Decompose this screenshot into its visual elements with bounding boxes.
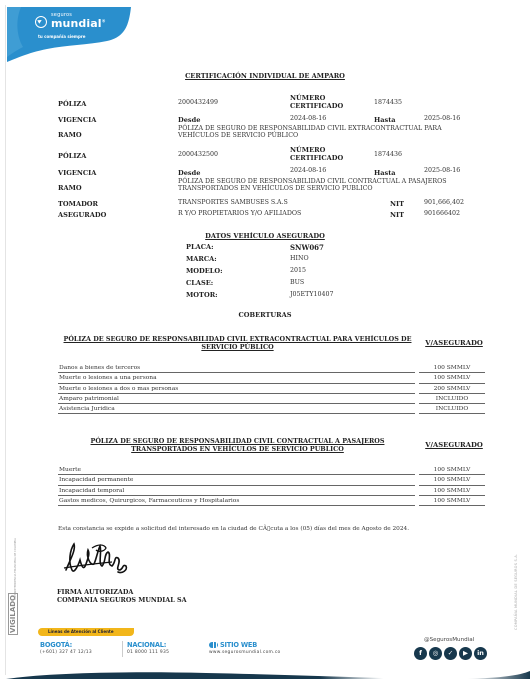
superintendencia-text: SUPERINTENDENCIA FINANCIERA DE COLOMBIA — [14, 530, 17, 600]
row-divider — [58, 474, 415, 475]
social-handle[interactable]: @SegurosMundial — [424, 637, 474, 643]
coverage-row: Incapacidad temporal100 SMMLV — [58, 487, 485, 496]
coverage-amount: 100 SMMLV — [420, 375, 484, 381]
desde-date: 2024-08-16 — [290, 115, 326, 122]
coverage-name: Incapacidad permanente — [59, 477, 133, 483]
coverage-row: Asistencia JuridicaINCLUIDO — [58, 405, 485, 414]
coberturas-title: COBERTURAS — [0, 311, 530, 319]
youtube-icon[interactable]: ▶ — [459, 647, 472, 660]
twitter-icon[interactable]: ✓ — [444, 647, 457, 660]
asegurado-nit-label: NIT — [390, 211, 404, 219]
valor-asegurado-header: V/ASEGURADO — [425, 441, 483, 449]
linkedin-icon[interactable]: in — [474, 647, 487, 660]
contact-bogota: BOGOTÁ: (+601) 327 47 12/13 — [40, 641, 92, 655]
tomador-value: TRANSPORTES SAMBUSES S.A.S — [178, 199, 288, 206]
desde-date: 2024-08-16 — [290, 167, 326, 174]
row-divider — [58, 485, 415, 486]
row-divider — [419, 495, 485, 496]
company-side-text: COMPAÑIA MUNDIAL DE SEGUROS S.A. — [514, 554, 518, 630]
hasta-date: 2025-08-16 — [424, 167, 460, 174]
vehiculo-value: SNW067 — [290, 243, 324, 252]
coverage-row: Muerte o lesiones a dos o mas personas20… — [58, 385, 485, 394]
poliza-number: 2000432500 — [178, 151, 218, 158]
web-url-link[interactable]: www.segurosmundial.com.co — [209, 650, 281, 655]
row-divider — [419, 393, 485, 394]
logo-tagline: tu compañía siempre — [38, 34, 86, 39]
coverage-row: Gastos medicos, Quirurgicos, Farmaceutic… — [58, 497, 485, 506]
vehiculo-value: HINO — [290, 255, 309, 262]
vehiculo-label: CLASE: — [186, 279, 213, 287]
ramo-label: RAMO — [58, 184, 82, 192]
valor-asegurado-header: V/ASEGURADO — [425, 339, 483, 347]
row-divider — [58, 505, 415, 506]
web-label: SITIO WEB — [220, 641, 257, 649]
tomador-nit-label: NIT — [390, 200, 404, 208]
row-divider — [58, 403, 415, 404]
coverage-name: Muerte — [59, 467, 81, 473]
contact-nacional: NACIONAL: 01 8000 111 935 — [127, 641, 169, 655]
coverage-amount: 100 SMMLV — [420, 488, 484, 494]
poliza-label: PÓLIZA — [58, 100, 86, 108]
coverage-row: Danos a bienes de terceros100 SMMLV — [58, 364, 485, 373]
coverage-row: Amparo patrimonialINCLUIDO — [58, 395, 485, 404]
coverage-name: Asistencia Juridica — [59, 406, 115, 412]
coverage-name: Incapacidad temporal — [59, 488, 124, 494]
row-divider — [419, 413, 485, 414]
hasta-label: Hasta — [374, 116, 396, 124]
vehiculo-value: J05ETY10407 — [290, 291, 334, 298]
coverage-amount: 200 SMMLV — [420, 386, 484, 392]
certificado-number: 1874436 — [374, 151, 402, 158]
coverage-name: Amparo patrimonial — [59, 396, 119, 402]
row-divider — [419, 474, 485, 475]
document-title: CERTIFICACIÓN INDIVIDUAL DE AMPARO — [0, 72, 530, 80]
tomador-nit: 901,666,402 — [424, 199, 464, 206]
coverage-amount: INCLUIDO — [420, 396, 484, 402]
certificado-number: 1874435 — [374, 99, 402, 106]
vigencia-label: VIGENCIA — [58, 116, 96, 124]
firma-label: FIRMA AUTORIZADA — [57, 588, 187, 596]
numero-certificado-label: NÚMEROCERTIFICADO — [290, 94, 343, 110]
facebook-icon[interactable]: f — [414, 647, 427, 660]
coverage-group-heading: PÓLIZA DE SEGURO DE RESPONSABILIDAD CIVI… — [60, 437, 415, 453]
row-divider — [419, 372, 485, 373]
signature-image — [62, 540, 134, 582]
social-icons: f ◎ ✓ ▶ in — [414, 647, 487, 660]
coverage-name: Muerte o lesiones a una persona — [59, 375, 157, 381]
coverage-amount: INCLUIDO — [420, 406, 484, 412]
firma-block: FIRMA AUTORIZADA COMPANIA SEGUROS MUNDIA… — [57, 588, 187, 604]
coverage-amount: 100 SMMLV — [420, 477, 484, 483]
bogota-label: BOGOTÁ: — [40, 641, 92, 649]
row-divider — [419, 403, 485, 404]
poliza-label: PÓLIZA — [58, 152, 86, 160]
coverage-amount: 100 SMMLV — [420, 467, 484, 473]
coverage-name: Gastos medicos, Quirurgicos, Farmaceutic… — [59, 498, 239, 504]
vehiculo-label: MOTOR: — [186, 291, 218, 299]
constancia-text: Esta constancia se expide a solicitud de… — [58, 526, 409, 532]
coverage-row: Muerte o lesiones a una persona100 SMMLV — [58, 374, 485, 383]
row-divider — [58, 495, 415, 496]
asegurado-label: ASEGURADO — [58, 211, 106, 219]
coverage-name: Danos a bienes de terceros — [59, 365, 140, 371]
vehiculo-title: DATOS VEHÍCULO ASEGURADO — [0, 232, 530, 240]
row-divider — [419, 505, 485, 506]
hasta-date: 2025-08-16 — [424, 115, 460, 122]
desde-label: Desde — [178, 116, 200, 124]
row-divider — [58, 372, 415, 373]
vehiculo-label: PLACA: — [186, 243, 214, 251]
firma-company: COMPANIA SEGUROS MUNDIAL SA — [57, 596, 187, 604]
coverage-group-heading: PÓLIZA DE SEGURO DE RESPONSABILIDAD CIVI… — [60, 335, 415, 351]
contact-web: SITIO WEB www.segurosmundial.com.co — [209, 641, 281, 655]
coverage-amount: 100 SMMLV — [420, 365, 484, 371]
ramo-label: RAMO — [58, 131, 82, 139]
row-divider — [419, 485, 485, 486]
vigilado-stamp: VIGILADO SUPERINTENDENCIA FINANCIERA DE … — [3, 525, 25, 635]
row-divider — [58, 413, 415, 414]
footer-wave — [6, 665, 530, 679]
row-divider — [58, 393, 415, 394]
vigencia-label: VIGENCIA — [58, 169, 96, 177]
asegurado-value: R Y/O PROPIETARIOS Y/O AFILIADOS — [178, 210, 301, 217]
nacional-phone[interactable]: 01 8000 111 935 — [127, 650, 169, 655]
row-divider — [419, 383, 485, 384]
coverage-row: Muerte100 SMMLV — [58, 466, 485, 475]
logo-arrow-icon — [35, 16, 47, 28]
row-divider — [58, 383, 415, 384]
vehiculo-value: 2015 — [290, 267, 306, 274]
lineas-atencion-badge: Líneas de Atención al Cliente — [38, 628, 134, 636]
hasta-label: Hasta — [374, 169, 396, 177]
footer-divider — [122, 641, 123, 657]
numero-certificado-label: NÚMEROCERTIFICADO — [290, 146, 343, 162]
ramo-value: PÓLIZA DE SEGURO DE RESPONSABILIDAD CIVI… — [178, 178, 468, 192]
vehiculo-label: MARCA: — [186, 255, 217, 263]
nacional-label: NACIONAL: — [127, 641, 169, 649]
vehiculo-value: BUS — [290, 279, 304, 286]
desde-label: Desde — [178, 169, 200, 177]
globe-icon — [209, 642, 218, 648]
coverage-name: Muerte o lesiones a dos o mas personas — [59, 386, 178, 392]
logo-brand-name: mundial® — [51, 17, 106, 30]
instagram-icon[interactable]: ◎ — [429, 647, 442, 660]
tomador-label: TOMADOR — [58, 200, 98, 208]
vehiculo-label: MODELO: — [186, 267, 223, 275]
ramo-value: PÓLIZA DE SEGURO DE RESPONSABILIDAD CIVI… — [178, 125, 468, 139]
coverage-row: Incapacidad permanente100 SMMLV — [58, 476, 485, 485]
coverage-amount: 100 SMMLV — [420, 498, 484, 504]
asegurado-nit: 901666402 — [424, 210, 460, 217]
poliza-number: 2000432499 — [178, 99, 218, 106]
bogota-phone[interactable]: (+601) 327 47 12/13 — [40, 650, 92, 655]
